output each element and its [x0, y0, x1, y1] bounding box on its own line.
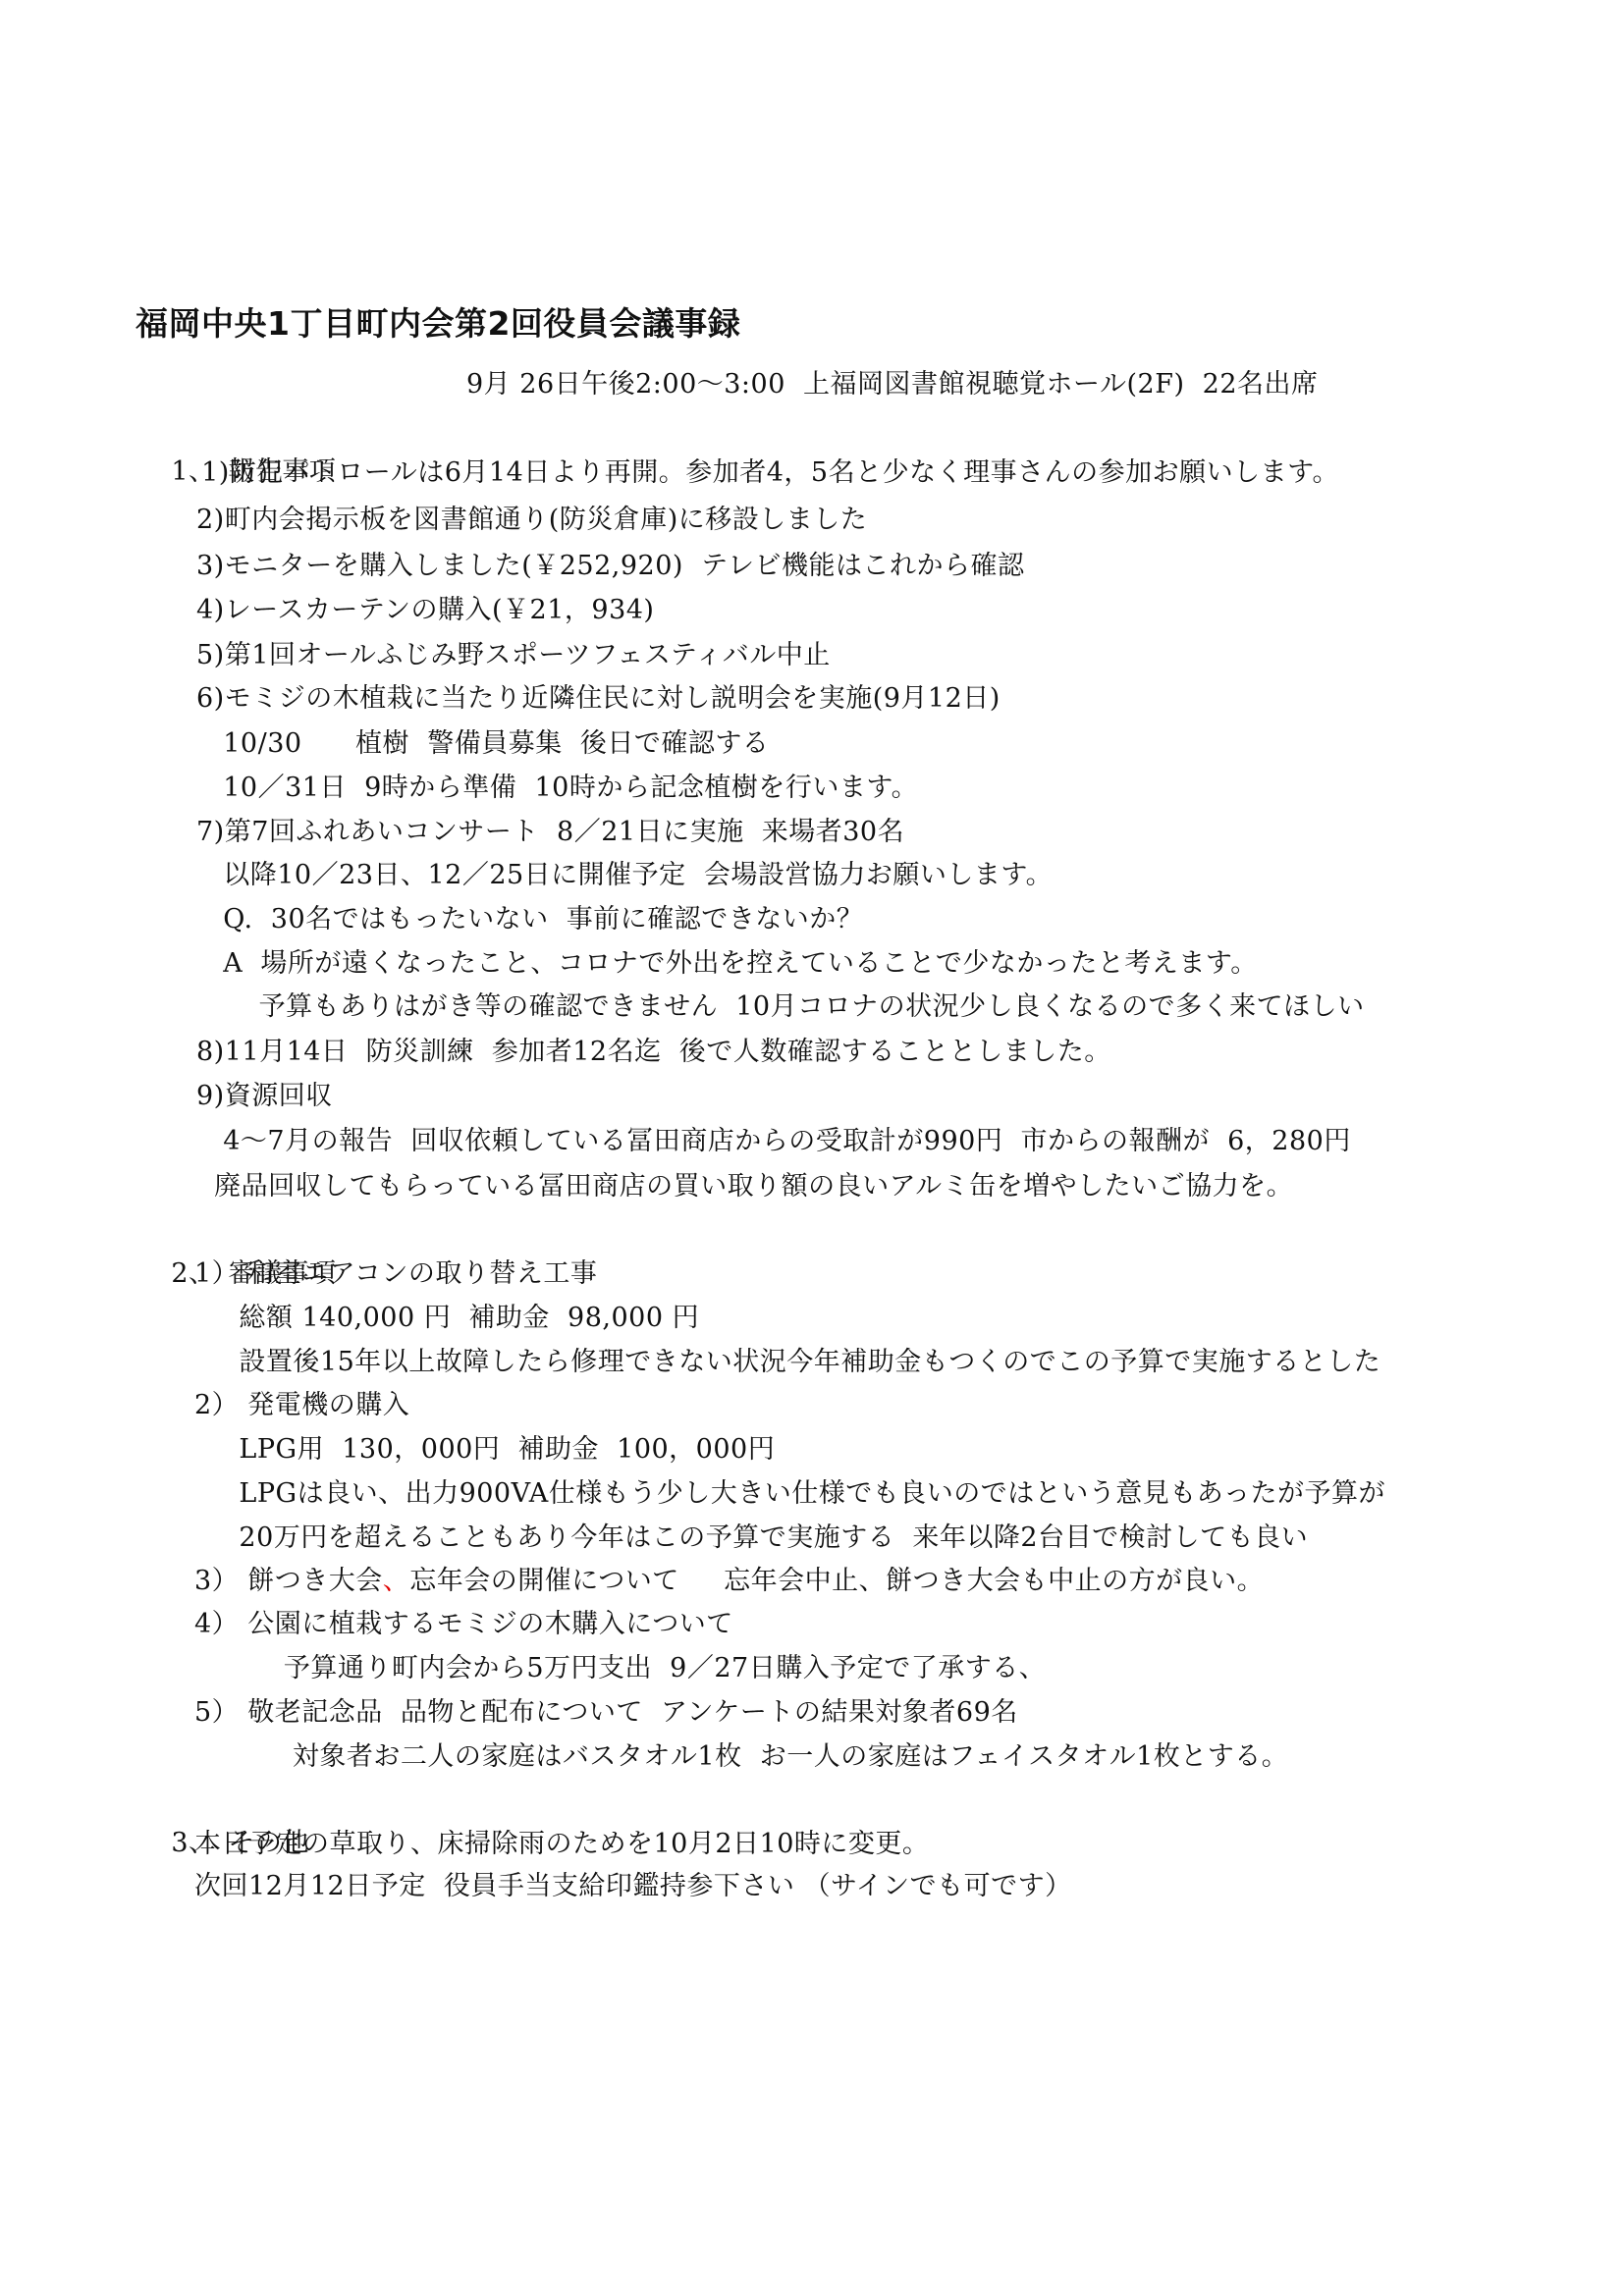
report-item: 4)レースカーテンの購入(￥21，934)	[196, 589, 654, 632]
red-comma: 、	[383, 1566, 410, 1596]
agenda-detail: 設置後15年以上故障したら修理できない状況今年補助金もつくのでこの予算で実施する…	[194, 1341, 1380, 1384]
agenda-item: 3） 餅つき大会、忘年会の開催について 忘年会中止、餅つき大会も中止の方が良い。	[194, 1560, 1264, 1603]
report-item: 2)町内会掲示板を図書館通り(防災倉庫)に移設しました	[196, 499, 867, 542]
agenda-detail: 対象者お二人の家庭はバスタオル1枚 お一人の家庭はフェイスタオル1枚とする。	[194, 1735, 1288, 1779]
document-title: 福岡中央1丁目町内会第2回役員会議事録	[135, 299, 740, 348]
answer-continuation: 予算もありはがき等の確認できません 10月コロナの状況少し良くなるので多く来てほ…	[196, 986, 1365, 1029]
answer-line: A 場所が遠くなったこと、コロナで外出を控えていることで少なかったと考えます。	[196, 942, 1258, 986]
agenda-item: 5） 敬老記念品 品物と配布について アンケートの結果対象者69名	[194, 1691, 1018, 1735]
agenda-detail: LPG用 130，000円 補助金 100，000円	[194, 1428, 775, 1471]
meeting-info: 9月 26日午後2:00～3:00 上福岡図書館視聴覚ホール(2F) 22名出席	[466, 363, 1319, 406]
report-item: 9)資源回収	[196, 1075, 333, 1118]
other-item: 本日予定の草取り、床掃除雨のためを10月2日10時に変更。	[194, 1823, 929, 1866]
report-item: 8)11月14日 防災訓練 参加者12名迄 後で人数確認することとしました。	[196, 1031, 1111, 1074]
minutes-page: 福岡中央1丁目町内会第2回役員会議事録 9月 26日午後2:00～3:00 上福…	[0, 0, 1623, 2296]
report-subline: 10／31日 9時から準備 10時から記念植樹を行います。	[196, 767, 918, 810]
agenda-item: 2） 発電機の購入	[194, 1384, 409, 1427]
report-subline: 10/30 植樹 警備員募集 後日で確認する	[196, 722, 769, 766]
agenda-item-label: 3） 餅つき大会	[194, 1566, 383, 1596]
report-item: 3)モニターを購入しました(￥252,920) テレビ機能はこれから確認	[196, 545, 1025, 588]
agenda-item: 1） 和室エアコンの取り替え工事	[194, 1253, 597, 1296]
report-item: 1)防犯パトロールは6月14日より再開。参加者4，5名と少なく理事さんの参加お願…	[192, 452, 1339, 495]
report-subline: 4～7月の報告 回収依頼している冨田商店からの受取計が990円 市からの報酬が …	[196, 1120, 1351, 1163]
agenda-item-rest: 忘年会の開催について 忘年会中止、餅つき大会も中止の方が良い。	[409, 1566, 1264, 1596]
report-item: 7)第7回ふれあいコンサート 8／21日に実施 来場者30名	[196, 811, 904, 854]
agenda-detail: 総額 140,000 円 補助金 98,000 円	[194, 1297, 699, 1340]
report-item: 6)モミジの木植栽に当たり近隣住民に対し説明会を実施(9月12日)	[196, 677, 1001, 721]
agenda-item: 4） 公園に植栽するモミジの木購入について	[194, 1603, 733, 1646]
report-subline: 以降10／23日、12／25日に開催予定 会場設営協力お願いします。	[196, 854, 1053, 897]
agenda-detail: 予算通り町内会から5万円支出 9／27日購入予定で了承する、	[194, 1647, 1046, 1690]
question-line: Q. 30名ではもったいない 事前に確認できないか？	[196, 898, 863, 941]
report-subline: 廃品回収してもらっている冨田商店の買い取り額の良いアルミ缶を増やしたいご協力を。	[196, 1165, 1293, 1208]
other-item: 次回12月12日予定 役員手当支給印鑑持参下さい （サインでも可です）	[194, 1865, 1072, 1908]
agenda-detail: 20万円を超えることもあり今年はこの予算で実施する 来年以降2台目で検討しても良…	[194, 1517, 1308, 1560]
agenda-detail: LPGは良い、出力900VA仕様もう少し大きい仕様でも良いのではという意見もあっ…	[194, 1472, 1385, 1516]
report-item: 5)第1回オールふじみ野スポーツフェスティバル中止	[196, 634, 831, 677]
